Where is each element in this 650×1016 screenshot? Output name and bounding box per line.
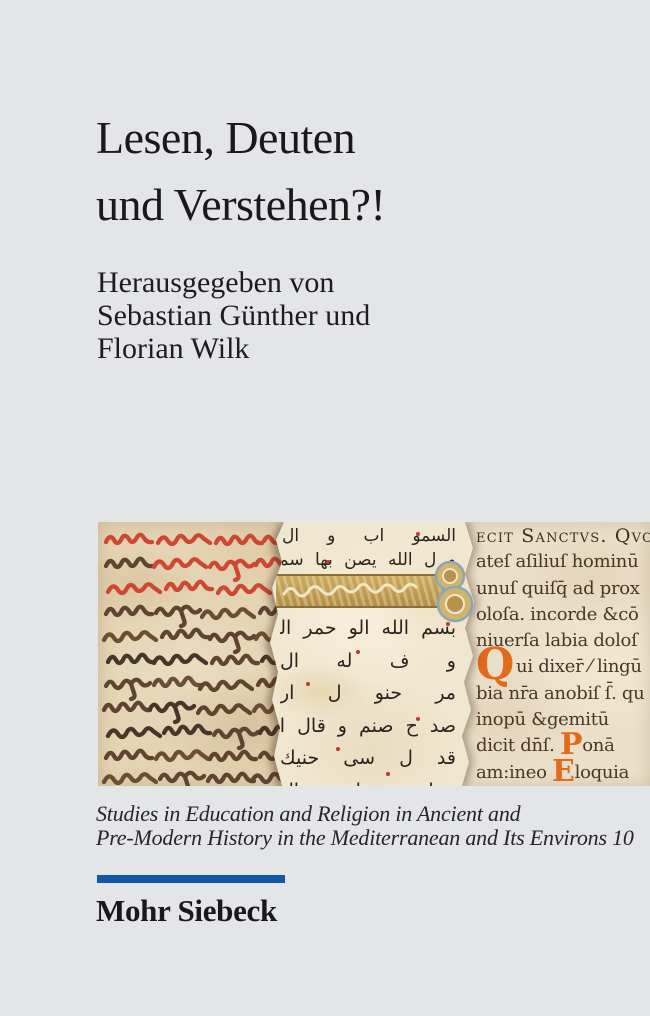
vowel-dot <box>356 650 360 654</box>
publisher-name: Mohr Siebeck <box>96 893 277 929</box>
gold-medallion-ornament <box>426 556 486 626</box>
orange-initial-E: E <box>552 754 575 786</box>
vowel-dot <box>416 532 420 536</box>
vowel-dot <box>336 747 340 751</box>
latin-text-line: Qui dixer̄ ⁄ lingū <box>476 654 650 680</box>
editors-line-1: Herausgegeben von <box>97 266 370 299</box>
kufic-text-line: السمو اب و ال <box>282 524 456 548</box>
publisher-accent-rule <box>97 875 285 883</box>
editors-line-3: Florian Wilk <box>97 332 370 365</box>
kufic-text-line: و ف له ال <box>280 645 456 678</box>
series-line-1: Studies in Education and Religion in Anc… <box>96 802 634 826</box>
editors-line-2: Sebastian Günther und <box>97 299 370 332</box>
series-line-2: Pre-Modern History in the Mediterranean … <box>96 826 634 850</box>
manuscript-collage: ecit Sanctvs. Qvo ateſ aſiliuſ hominū un… <box>98 522 650 786</box>
latin-text-line: ateſ aſiliuſ hominū <box>476 549 650 575</box>
latin-text-line: am:ineo Eloquia <box>476 760 650 786</box>
book-title: Lesen, Deuten und Verstehen?! <box>96 104 385 238</box>
latin-text-line: oloſa. incorde &cō <box>476 602 650 628</box>
vowel-dot <box>306 682 310 686</box>
latin-text-line: ecit Sanctvs. Qvo <box>476 523 650 549</box>
series-title: Studies in Education and Religion in Anc… <box>96 802 634 850</box>
kufic-text-line: صد ح صنم و قال الو <box>280 710 456 743</box>
kufic-text-line: قد ل سى حنيك <box>280 742 456 775</box>
vowel-dot <box>326 560 330 564</box>
kufic-text-line: صيا و صا و نال <box>280 775 456 787</box>
latin-text-line: unuſ quiſq̄ ad prox <box>476 576 650 602</box>
title-line-2: und Verstehen?! <box>96 171 385 238</box>
book-cover: Lesen, Deuten und Verstehen?! Herausgege… <box>0 0 650 1016</box>
arabic-manuscript-panel: السمو اب و ال و ل الله يصن بها سمو بسم ا… <box>266 522 482 786</box>
vowel-dot <box>416 717 420 721</box>
title-line-1: Lesen, Deuten <box>96 104 385 171</box>
editors-block: Herausgegeben von Sebastian Günther und … <box>97 266 370 365</box>
vowel-dot <box>386 772 390 776</box>
